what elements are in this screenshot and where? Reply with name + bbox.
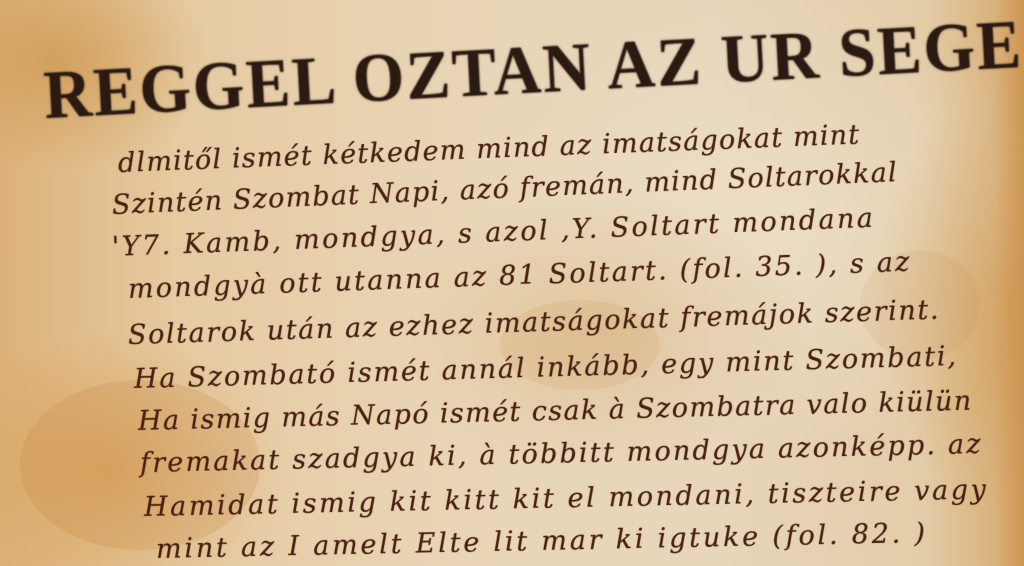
- handwritten-line: fremakat szadgya ki, à többitt mondgya a…: [140, 429, 983, 479]
- handwritten-line: Ha ismig más Napó ismét csak à Szombatra…: [138, 386, 973, 437]
- handwritten-line: mint az I amelt Elte lit mar ki igtuke (…: [156, 518, 928, 565]
- handwritten-line: Hamidat ismig kit kitt kit el mondani, t…: [144, 474, 989, 523]
- manuscript-heading: REGGEL OZTAN AZ UR SEGE:: [42, 6, 1005, 136]
